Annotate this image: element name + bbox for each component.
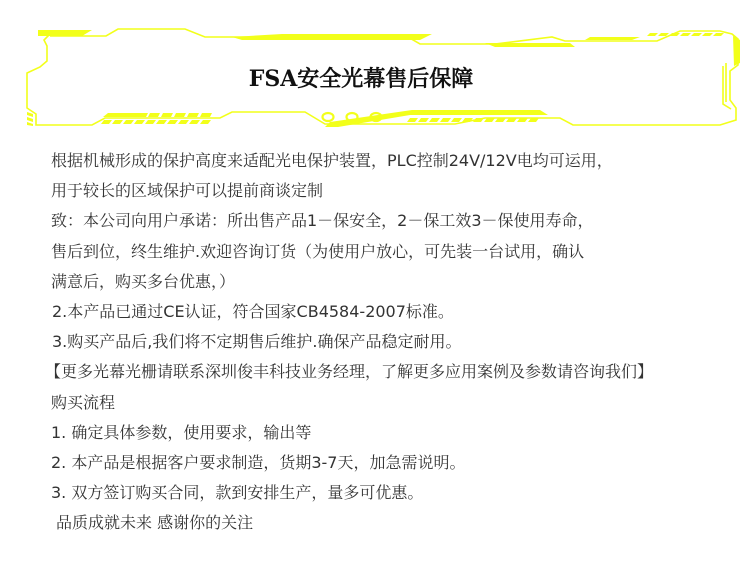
intro-line-1: 根据机械形成的保护高度来适配光电保护装置，PLC控制24V/12V电均可运用，	[51, 146, 741, 176]
promise-line-2: 售后到位，终生维护.欢迎咨询订货（为使用户放心，可先装一台试用，确认	[51, 237, 741, 267]
certification-line: 2.本产品已通过CE认证，符合国家CB4584-2007标准。	[52, 297, 741, 327]
process-step-1: 1. 确定具体参数，使用要求，输出等	[51, 418, 741, 448]
closing-line: 品质成就未来 感谢你的关注	[56, 508, 741, 538]
page-title-text: FSA安全光幕售后保障	[249, 62, 474, 93]
header-banner: FSA安全光幕售后保障	[0, 0, 750, 140]
process-step-3: 3. 双方签订购买合同，款到安排生产，量多可优惠。	[51, 478, 741, 508]
purchase-process-heading: 购买流程	[51, 388, 741, 418]
after-sales-text: 根据机械形成的保护高度来适配光电保护装置，PLC控制24V/12V电均可运用， …	[51, 146, 741, 538]
promise-line-1: 致：本公司向用户承诺：所出售产品1－保安全，2－保工效3－保使用寿命，	[51, 206, 741, 236]
process-step-2: 2. 本产品是根据客户要求制造，货期3-7天，加急需说明。	[51, 448, 741, 478]
promise-line-3: 满意后，购买多台优惠，）	[51, 267, 741, 297]
intro-line-2: 用于较长的区域保护可以提前商谈定制	[51, 176, 741, 206]
contact-line: 【更多光幕光栅请联系深圳俊丰科技业务经理，了解更多应用案例及参数请咨询我们】	[45, 357, 741, 387]
maintenance-line: 3.购买产品后,我们将不定期售后维护.确保产品稳定耐用。	[52, 327, 741, 357]
page-title: FSA安全光幕售后保障	[0, 62, 750, 93]
